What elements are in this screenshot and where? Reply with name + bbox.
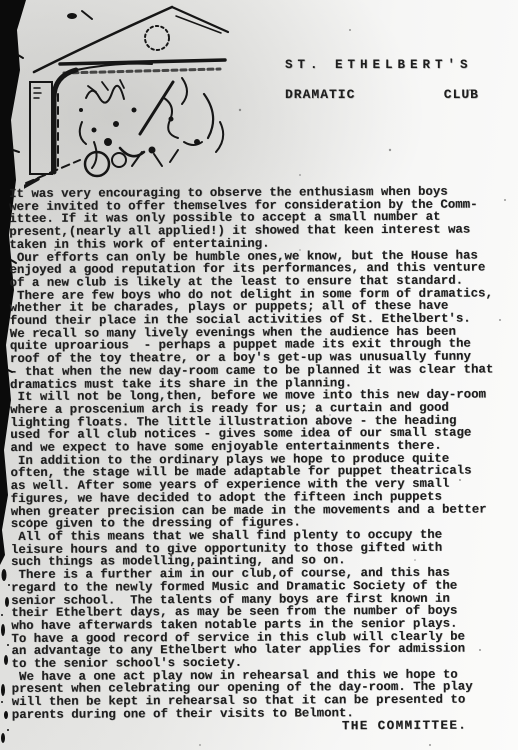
scanned-document-page: ST. ETHELBERT'S DRAMATIC CLUB It was ver… — [0, 0, 518, 750]
typewritten-body-text: It was very encouraging to observe the e… — [9, 185, 517, 721]
document-title: ST. ETHELBERT'S DRAMATIC CLUB — [285, 58, 479, 102]
title-line-dramatic-club: DRAMATIC CLUB — [285, 87, 479, 102]
title-word-club: CLUB — [444, 87, 479, 102]
body-text-block: It was very encouraging to observe the e… — [9, 185, 517, 734]
theatre-sketch-illustration — [24, 2, 234, 190]
title-word-dramatic: DRAMATIC — [285, 87, 355, 102]
title-line-club-name: ST. ETHELBERT'S — [285, 58, 479, 72]
